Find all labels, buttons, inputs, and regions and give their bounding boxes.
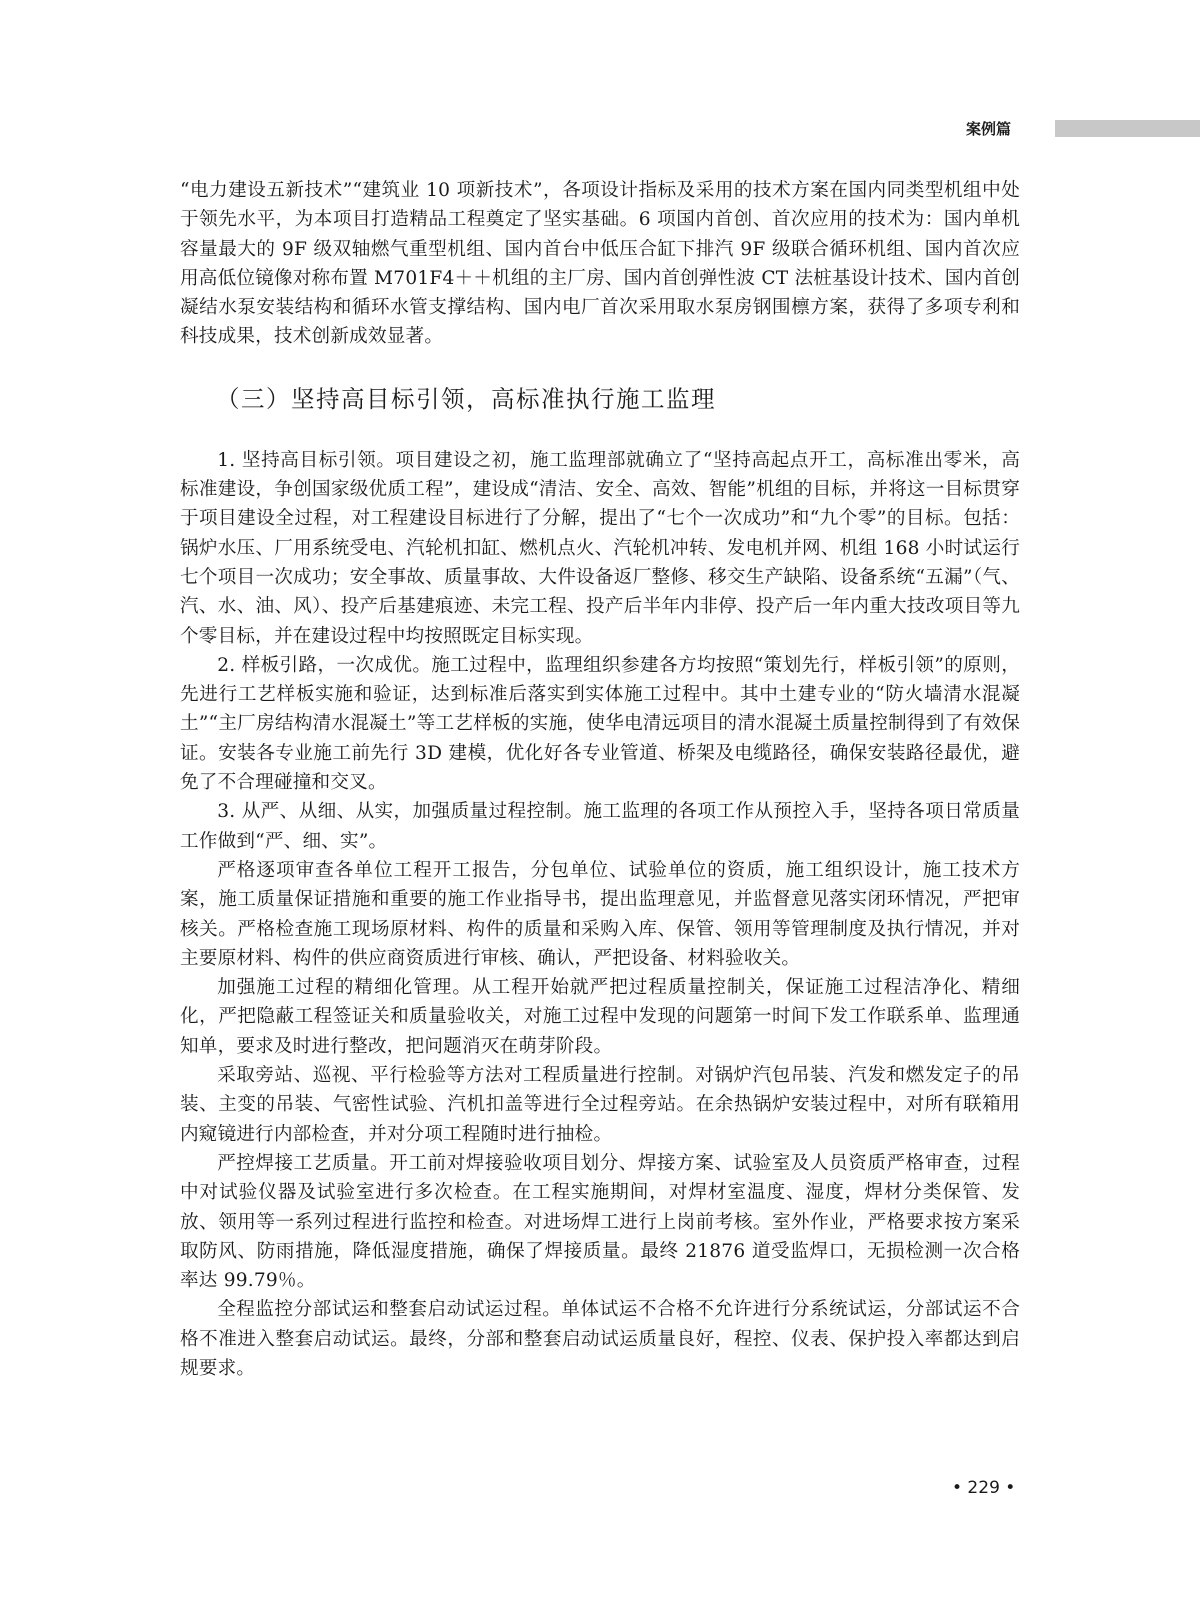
section-label: 案例篇 [966,117,1011,141]
paragraph-commissioning: 全程监控分部试运和整套启动试运过程。单体试运不合格不允许进行分系统试运，分部试运… [180,1295,1020,1383]
section-heading: （三）坚持高目标引领，高标准执行施工监理 [216,379,1020,419]
running-header: 案例篇 [0,117,1200,141]
intro-paragraph: “电力建设五新技术”“建筑业 10 项新技术”，各项设计指标及采用的技术方案在国… [180,176,1020,352]
header-decorative-bar [1055,120,1200,137]
page-number: • 229 • [952,1478,1015,1498]
paragraph-welding-quality: 严控焊接工艺质量。开工前对焊接验收项目划分、焊接方案、试验室及人员资质严格审查，… [180,1149,1020,1295]
paragraph-quality-control: 3. 从严、从细、从实，加强质量过程控制。施工监理的各项工作从预控入手，坚持各项… [180,797,1020,856]
paragraph-sample-guidance: 2. 样板引路，一次成优。施工过程中，监理组织参建各方均按照“策划先行，样板引领… [180,651,1020,797]
paragraph-review: 严格逐项审查各单位工程开工报告，分包单位、试验单位的资质，施工组织设计，施工技术… [180,856,1020,973]
paragraph-supervision-methods: 采取旁站、巡视、平行检验等方法对工程质量进行控制。对锅炉汽包吊装、汽发和燃发定子… [180,1061,1020,1149]
paragraph-refined-management: 加强施工过程的精细化管理。从工程开始就严把过程质量控制关，保证施工过程洁净化、精… [180,973,1020,1061]
page-body: “电力建设五新技术”“建筑业 10 项新技术”，各项设计指标及采用的技术方案在国… [180,176,1020,1383]
paragraph-goal-leadership: 1. 坚持高目标引领。项目建设之初，施工监理部就确立了“坚持高起点开工，高标准出… [180,446,1020,651]
